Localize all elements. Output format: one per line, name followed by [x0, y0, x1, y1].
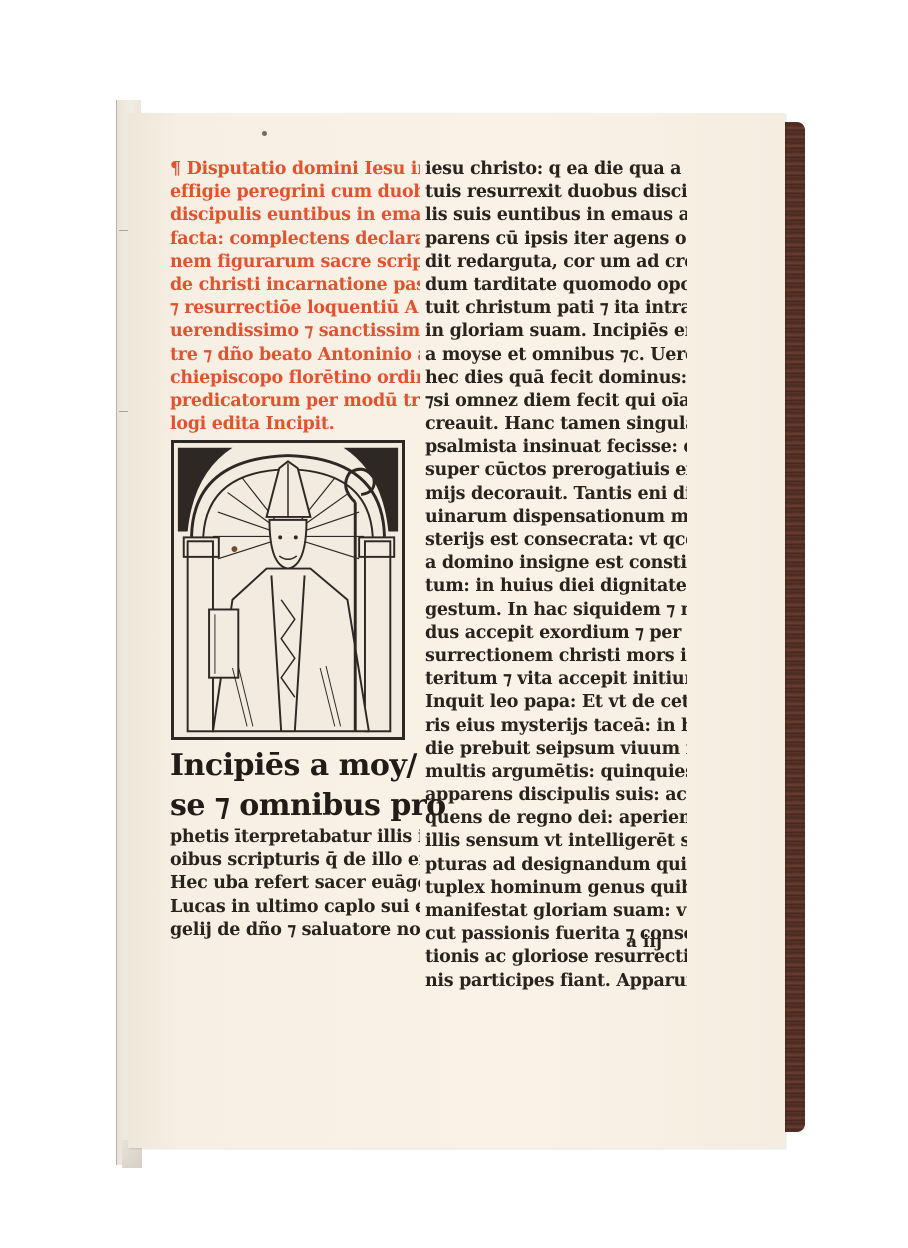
rubric-line: discipulis euntibus in emaus	[170, 204, 420, 227]
incipit-heading: Incipiēs a moy/ se ⁊ omnibus pro	[170, 746, 420, 826]
text-line: ris eius mysterijs taceā: in hac	[425, 715, 687, 738]
pinhole-mark	[262, 131, 267, 136]
text-line: a domino insigne est constitu/	[425, 552, 687, 575]
signature-mark: a iij	[626, 932, 662, 952]
text-line: phetis īterpretabatur illis in	[170, 826, 420, 849]
text-line: oibus scripturis q̄ de illo erāt.	[170, 849, 420, 872]
rubric-line: ¶ Disputatio domini Iesu in	[170, 158, 420, 181]
rubric-line: effigie peregrini cum duobus	[170, 181, 420, 204]
text-line: super cūctos prerogatiuis exi/	[425, 459, 687, 482]
right-body-text: iesu christo: q ea die qua a mor tuis re…	[425, 158, 687, 993]
heading-line: Incipiēs a moy/	[170, 746, 420, 786]
text-line: iesu christo: q ea die qua a mor	[425, 158, 687, 181]
text-line: gelij de dño ⁊ saluatore nostro	[170, 919, 420, 942]
bishop-woodcut-icon	[174, 443, 402, 737]
text-line: Hec uba refert sacer euāgelista	[170, 872, 420, 895]
text-line: tuplex hominum genus quibꝰ	[425, 877, 687, 900]
text-line: ⁊si omnez diem fecit qui oīa	[425, 390, 687, 413]
text-line: apparens discipulis suis: ac lo	[425, 784, 687, 807]
rubric-line: predicatorum per modū tria/	[170, 390, 420, 413]
rubric-line: chiepiscopo florētino ordinis	[170, 367, 420, 390]
text-line: manifestat gloriam suam: vt si/	[425, 900, 687, 923]
text-line: dit redarguta, cor um ad credē	[425, 251, 687, 274]
leather-binding-edge	[783, 122, 805, 1132]
rubric-line: tre ⁊ dño beato Antoninio ar/	[170, 344, 420, 367]
woodcut-bishop-illustration	[171, 440, 405, 740]
text-line: uinarum dispensationum my/	[425, 506, 687, 529]
text-line: sterijs est consecrata: vt qcqd	[425, 529, 687, 552]
text-line: pturas ad designandum quin/	[425, 854, 687, 877]
text-line: surrectionem christi mors in/	[425, 645, 687, 668]
text-line: tuis resurrexit duobus discipu	[425, 181, 687, 204]
text-line: nis participes fiant. Apparuit	[425, 970, 687, 993]
text-line: a moyse et omnibus ⁊c. Uere	[425, 344, 687, 367]
text-line: Inquit leo papa: Et vt de cete/	[425, 691, 687, 714]
book-photograph: ¶ Disputatio domini Iesu in effigie pere…	[0, 0, 908, 1248]
text-line: illis sensum vt intelligerēt scri	[425, 830, 687, 853]
text-line: tum: in huius diei dignitate sit	[425, 575, 687, 598]
text-line: hec dies quā fecit dominus: nā	[425, 367, 687, 390]
text-line: parens cū ipsis iter agens ostē	[425, 228, 687, 251]
text-line: lis suis euntibus in emaus ap/	[425, 204, 687, 227]
heading-line: se ⁊ omnibus pro	[170, 786, 420, 826]
text-line: quens de regno dei: aperiens	[425, 807, 687, 830]
text-line: die prebuit seipsum viuum in	[425, 738, 687, 761]
rubric-line: ⁊ resurrectiōe loquentiū A re/	[170, 297, 420, 320]
text-line: multis argumētis: quinquies	[425, 761, 687, 784]
text-line: gestum. In hac siquidem ⁊ mū	[425, 599, 687, 622]
text-line: tuit christum pati ⁊ ita intrare	[425, 297, 687, 320]
text-line: dus accepit exordium ⁊ per re	[425, 622, 687, 645]
rubric-line: nem figurarum sacre scripture	[170, 251, 420, 274]
rubric-line: facta: complectens declaratio/	[170, 228, 420, 251]
text-line: creauit. Hanc tamen singularē	[425, 413, 687, 436]
text-line: Lucas in ultimo caplo sui euā/	[170, 896, 420, 919]
text-line: psalmista insinuat fecisse: quia	[425, 436, 687, 459]
rubric-line: de christi incarnatione passiōe	[170, 274, 420, 297]
left-body-text: phetis īterpretabatur illis in oibus scr…	[170, 826, 420, 942]
text-line: teritum ⁊ vita accepit initium	[425, 668, 687, 691]
rubric-title: ¶ Disputatio domini Iesu in effigie pere…	[170, 158, 420, 436]
text-line: mijs decorauit. Tantis eni di/	[425, 483, 687, 506]
rubric-line: uerendissimo ⁊ sanctissimo pa	[170, 320, 420, 343]
rubric-line: logi edita Incipit.	[170, 413, 420, 436]
text-line: in gloriam suam. Incipiēs eni	[425, 320, 687, 343]
text-line: dum tarditate quomodo opor	[425, 274, 687, 297]
